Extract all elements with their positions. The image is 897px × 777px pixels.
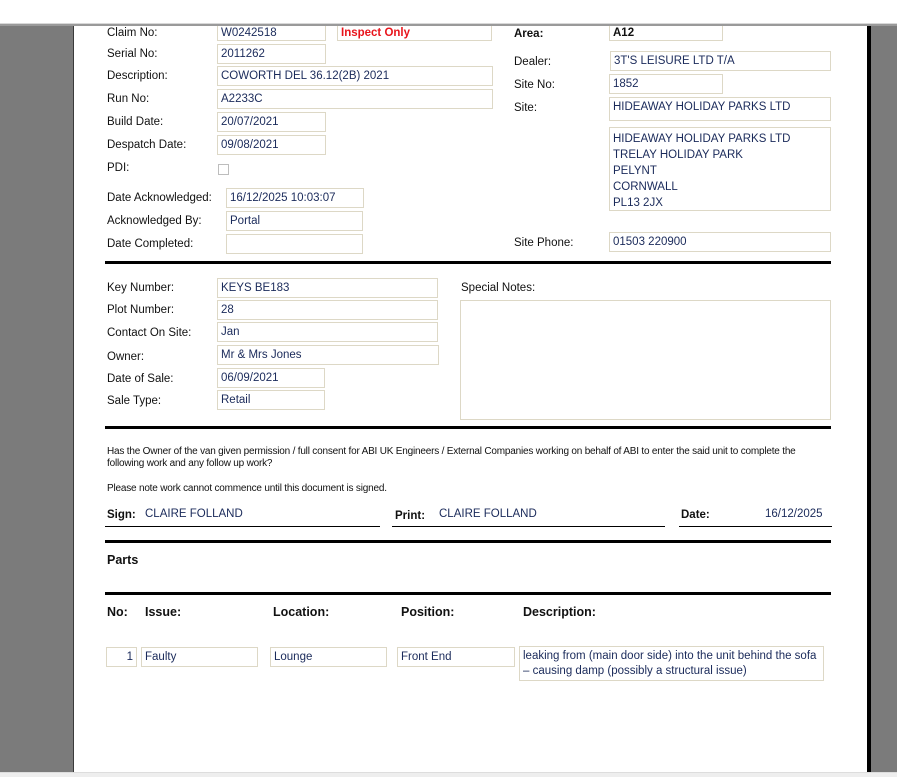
pdi-checkbox[interactable]	[218, 164, 229, 175]
site-phone-label: Site Phone:	[514, 236, 573, 250]
column-location: Location:	[273, 605, 329, 619]
date-of-sale-label: Date of Sale:	[107, 372, 173, 386]
key-number-label: Key Number:	[107, 281, 174, 295]
description-label: Description:	[107, 69, 168, 83]
column-issue: Issue:	[145, 605, 181, 619]
run-no-label: Run No:	[107, 92, 149, 106]
part-location: Lounge	[270, 647, 387, 667]
section-divider	[105, 540, 831, 543]
owner-label: Owner:	[107, 350, 144, 364]
date-completed-label: Date Completed:	[107, 237, 193, 251]
consent-question: Has the Owner of the van given permissio…	[107, 446, 827, 470]
print-value: CLAIRE FOLLAND	[439, 508, 537, 520]
address-line: PL13 2JX	[613, 195, 827, 211]
area-label: Area:	[514, 27, 543, 41]
contact-on-site-label: Contact On Site:	[107, 326, 191, 340]
plot-number-field: 28	[217, 300, 438, 320]
run-no-field: A2233C	[217, 89, 493, 109]
site-field: HIDEAWAY HOLIDAY PARKS LTD	[609, 97, 831, 121]
part-position: Front End	[397, 647, 515, 667]
build-date-field: 20/07/2021	[217, 112, 326, 132]
dealer-label: Dealer:	[514, 55, 551, 69]
section-divider	[105, 592, 831, 595]
claim-no-label: Claim No:	[107, 26, 157, 40]
viewer-right-gutter	[867, 26, 897, 772]
site-address-block: HIDEAWAY HOLIDAY PARKS LTD TRELAY HOLIDA…	[609, 127, 831, 211]
despatch-date-field: 09/08/2021	[217, 135, 326, 155]
site-label: Site:	[514, 101, 537, 115]
acknowledged-by-field: Portal	[226, 211, 363, 231]
sign-line	[105, 526, 380, 527]
site-no-field: 1852	[609, 74, 723, 94]
area-field: A12	[609, 26, 723, 41]
print-label: Print:	[395, 509, 425, 523]
contact-on-site-field: Jan	[217, 322, 438, 342]
serial-no-field: 2011262	[217, 44, 326, 64]
date-completed-field	[226, 234, 363, 254]
owner-field: Mr & Mrs Jones	[217, 345, 439, 365]
date-acknowledged-label: Date Acknowledged:	[107, 191, 212, 205]
date-label: Date:	[681, 508, 710, 522]
special-notes-field	[460, 300, 831, 420]
sale-type-field: Retail	[217, 390, 325, 410]
address-line: PELYNT	[613, 163, 827, 179]
pdi-label: PDI:	[107, 161, 129, 175]
serial-no-label: Serial No:	[107, 47, 158, 61]
status-flag: Inspect Only	[337, 26, 492, 41]
sign-value: CLAIRE FOLLAND	[145, 508, 243, 520]
viewer-status-bar	[0, 772, 897, 777]
viewer-toolbar	[0, 0, 897, 24]
claim-no-field: W0242518	[217, 26, 326, 41]
section-divider	[105, 261, 831, 264]
column-no: No:	[107, 605, 128, 619]
date-acknowledged-field: 16/12/2025 10:03:07	[226, 188, 364, 208]
parts-title: Parts	[107, 553, 138, 567]
part-description: leaking from (main door side) into the u…	[519, 646, 824, 681]
address-line: TRELAY HOLIDAY PARK	[613, 147, 827, 163]
address-line: HIDEAWAY HOLIDAY PARKS LTD	[613, 131, 827, 147]
viewer-left-gutter	[0, 26, 74, 772]
section-divider	[105, 426, 831, 429]
key-number-field: KEYS BE183	[217, 278, 438, 298]
build-date-label: Build Date:	[107, 115, 163, 129]
sign-label: Sign:	[107, 508, 136, 522]
column-position: Position:	[401, 605, 454, 619]
dealer-field: 3T'S LEISURE LTD T/A	[610, 51, 831, 71]
address-line: CORNWALL	[613, 179, 827, 195]
part-no: 1	[106, 647, 137, 667]
part-issue: Faulty	[141, 647, 258, 667]
despatch-date-label: Despatch Date:	[107, 138, 186, 152]
description-field: COWORTH DEL 36.12(2B) 2021	[217, 66, 493, 86]
acknowledged-by-label: Acknowledged By:	[107, 214, 202, 228]
date-of-sale-field: 06/09/2021	[217, 368, 325, 388]
site-no-label: Site No:	[514, 78, 555, 92]
plot-number-label: Plot Number:	[107, 303, 174, 317]
claim-document-page: Claim No: W0242518 Inspect Only Serial N…	[74, 26, 867, 772]
sale-type-label: Sale Type:	[107, 394, 161, 408]
consent-note: Please note work cannot commence until t…	[107, 483, 827, 495]
date-value: 16/12/2025	[765, 508, 823, 520]
site-phone-field: 01503 220900	[609, 232, 831, 252]
column-description: Description:	[523, 605, 596, 619]
date-line	[679, 526, 832, 527]
print-line	[392, 526, 665, 527]
special-notes-label: Special Notes:	[461, 281, 535, 295]
